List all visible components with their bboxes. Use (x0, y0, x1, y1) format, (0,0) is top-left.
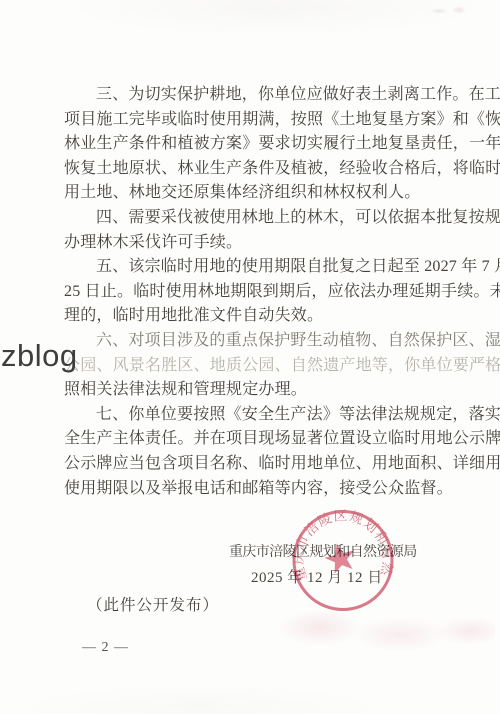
document-line: 使用期限以及举报电话和邮箱等内容，接受公众监督。 (64, 477, 452, 502)
document-line: 公示牌应当包含项目名称、临时用地单位、用地面积、详细用途、 (64, 452, 452, 477)
page-number: — 2 — (82, 640, 129, 656)
document-line: 公园、风景名胜区、地质公园、自然遗产地等，你单位要严格按 (64, 354, 452, 379)
document-line: 照相关法律法规和管理规定办理。 (64, 378, 452, 403)
scan-speck-pink (452, 6, 466, 14)
document-line: 理的，临时用地批准文件自动失效。 (64, 304, 452, 329)
publish-note: （此件公开发布） (87, 593, 219, 615)
document-line: 三、为切实保护耕地，你单位应做好表土剥离工作。在工程 (64, 83, 452, 108)
watermark: zblog (1, 338, 78, 374)
document-line: 四、需要采伐被使用林地上的林木，可以依据本批复按规定 (64, 206, 452, 231)
document-line: 25 日止。临时使用林地期限到期后，应依法办理延期手续。未办 (64, 280, 452, 305)
document-line: 项目施工完毕或临时使用期满，按照《土地复垦方案》和《恢复 (64, 108, 452, 133)
document-body: 三、为切实保护耕地，你单位应做好表土剥离工作。在工程项目施工完毕或临时使用期满，… (64, 83, 452, 501)
seal-arc-text: 重庆市涪陵区规划和自然资源局 (288, 505, 395, 583)
scan-speck-gray (430, 8, 448, 14)
document-line: 全生产主体责任。并在项目现场显著位置设立临时用地公示牌， (64, 427, 452, 452)
document-line: 六、对项目涉及的重点保护野生动植物、自然保护区、湿地 (64, 329, 452, 354)
document-line: 恢复土地原状、林业生产条件及植被，经验收合格后，将临时使 (64, 157, 452, 182)
document-line: 办理林木采伐许可手续。 (64, 231, 452, 256)
document-line: 五、该宗临时用地的使用期限自批复之日起至 2027 年 7 月 (64, 255, 452, 280)
star-icon (322, 540, 358, 575)
official-seal: 重庆市涪陵区规划和自然资源局 (288, 505, 398, 615)
document-line: 林业生产条件和植被方案》要求切实履行土地复垦责任，一年内 (64, 132, 452, 157)
document-line: 七、你单位要按照《安全生产法》等法律法规规定，落实安 (64, 403, 452, 428)
scanned-document-page: 三、为切实保护耕地，你单位应做好表土剥离工作。在工程项目施工完毕或临时使用期满，… (0, 0, 500, 714)
document-line: 用土地、林地交还原集体经济组织和林权权利人。 (64, 181, 452, 206)
